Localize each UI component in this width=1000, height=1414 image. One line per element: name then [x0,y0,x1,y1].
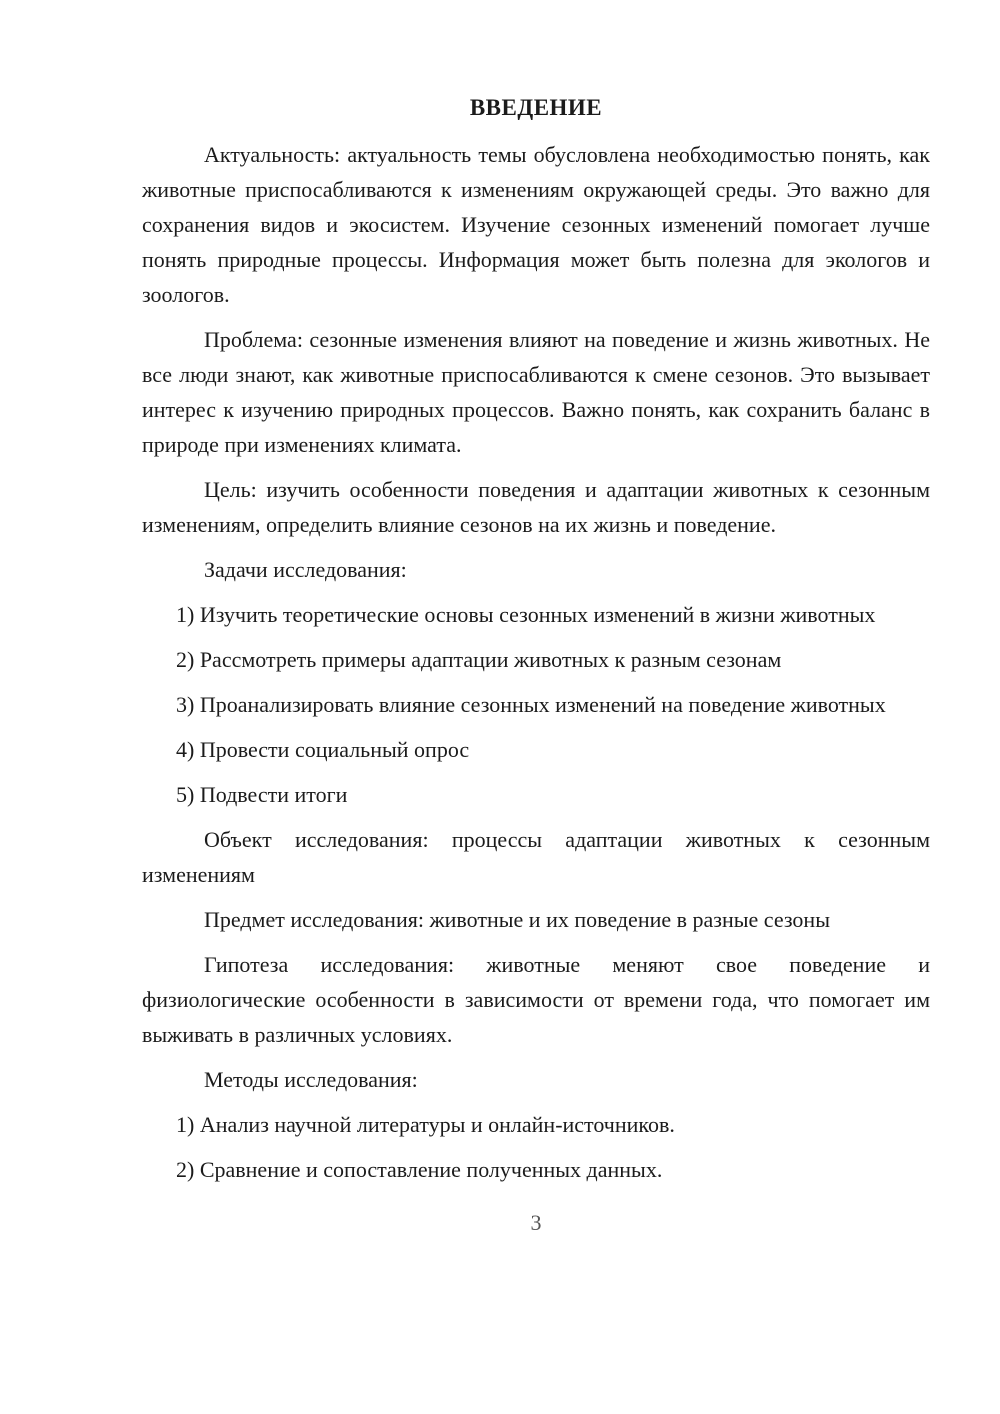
page-title: ВВЕДЕНИЕ [142,90,930,125]
task-item-4: 4) Провести социальный опрос [142,732,930,767]
task-item-2: 2) Рассмотреть примеры адаптации животны… [142,642,930,677]
paragraph-hypothesis: Гипотеза исследования: животные меняют с… [142,947,930,1052]
document-content: ВВЕДЕНИЕ Актуальность: актуальность темы… [0,0,1000,1240]
paragraph-goal: Цель: изучить особенности поведения и ад… [142,472,930,542]
paragraph-object: Объект исследования: процессы адаптации … [142,822,930,892]
task-item-5: 5) Подвести итоги [142,777,930,812]
method-item-1: 1) Анализ научной литературы и онлайн-ис… [142,1107,930,1142]
paragraph-actuality: Актуальность: актуальность темы обусловл… [142,137,930,312]
page-number: 3 [142,1205,930,1240]
paragraph-subject: Предмет исследования: животные и их пове… [142,902,930,937]
method-item-2: 2) Сравнение и сопоставление полученных … [142,1152,930,1187]
tasks-heading: Задачи исследования: [142,552,930,587]
methods-heading: Методы исследования: [142,1062,930,1097]
task-item-3: 3) Проанализировать влияние сезонных изм… [142,687,930,722]
task-item-1: 1) Изучить теоретические основы сезонных… [142,597,930,632]
paragraph-problem: Проблема: сезонные изменения влияют на п… [142,322,930,462]
document-page: ВВЕДЕНИЕ Актуальность: актуальность темы… [0,0,1000,1414]
